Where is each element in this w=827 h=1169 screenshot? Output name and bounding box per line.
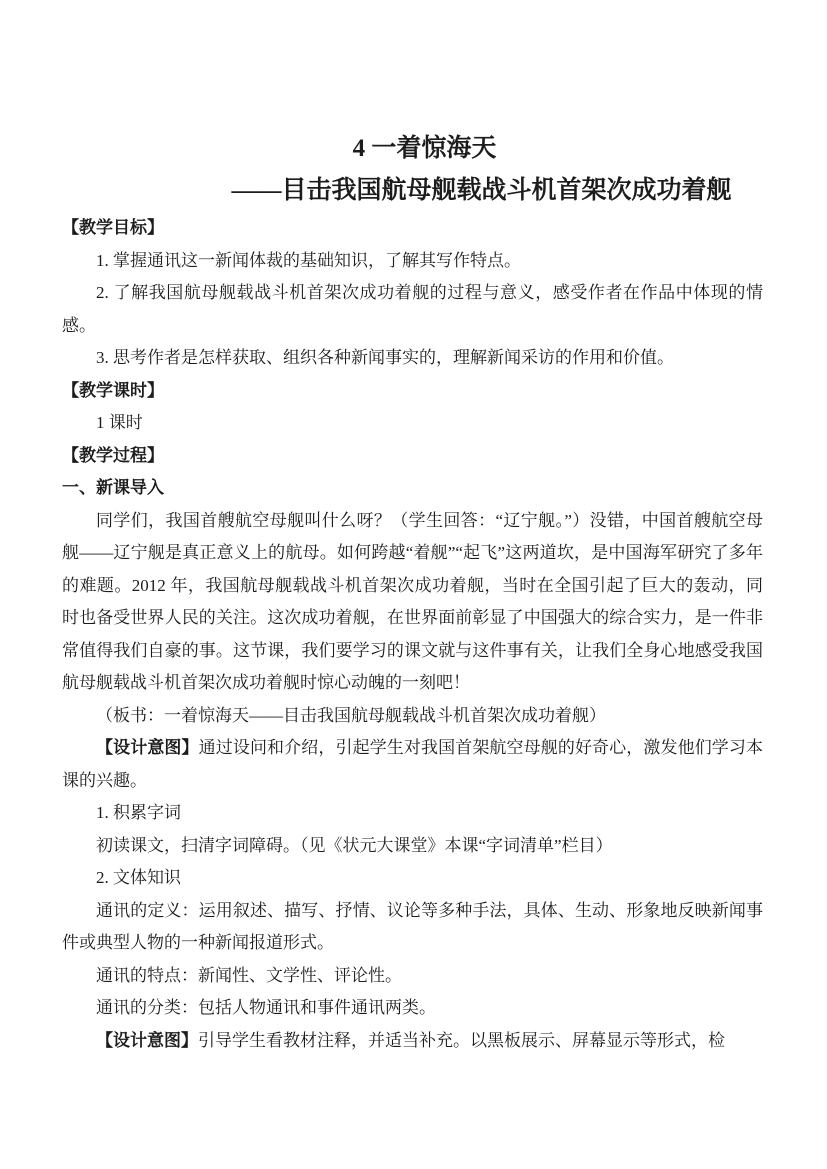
section-heading-teaching-goals: 【教学目标】 [62, 212, 763, 245]
teaching-goal-item-1: 1. 掌握通讯这一新闻体裁的基础知识，了解其写作特点。 [62, 245, 763, 278]
document-subtitle: ——目击我国航母舰载战斗机首架次成功着舰 [62, 170, 763, 212]
section-heading-teaching-process: 【教学过程】 [62, 440, 763, 473]
document-page: 4 一着惊海天 ——目击我国航母舰载战斗机首架次成功着舰 【教学目标】 1. 掌… [0, 0, 827, 1169]
document-body: 【教学目标】 1. 掌握通讯这一新闻体裁的基础知识，了解其写作特点。 2. 了解… [62, 212, 763, 1057]
teaching-goal-item-3: 3. 思考作者是怎样获取、组织各种新闻事实的，理解新闻采访的作用和价值。 [62, 342, 763, 375]
design-intent-note-1: 【设计意图】通过设问和介绍，引起学生对我国首架航空母舰的好奇心，激发他们学习本课… [62, 732, 763, 797]
lesson-intro-paragraph: 同学们，我国首艘航空母舰叫什么呀？（学生回答：“辽宁舰。”）没错，中国首艘航空母… [62, 505, 763, 700]
genre-features-paragraph: 通讯的特点：新闻性、文学性、评论性。 [62, 960, 763, 993]
genre-knowledge-heading: 2. 文体知识 [62, 862, 763, 895]
design-intent-2-label: 【设计意图】 [96, 1031, 198, 1050]
document-title: 4 一着惊海天 [62, 128, 763, 170]
design-intent-1-label: 【设计意图】 [96, 738, 199, 757]
board-writing-note: （板书：一着惊海天——目击我国航母舰载战斗机首架次成功着舰） [62, 700, 763, 733]
genre-types-paragraph: 通讯的分类：包括人物通讯和事件通讯两类。 [62, 992, 763, 1025]
design-intent-note-2: 【设计意图】引导学生看教材注释，并适当补充。以黑板展示、屏幕显示等形式，检 [62, 1025, 763, 1058]
teaching-period-value: 1 课时 [62, 407, 763, 440]
design-intent-2-text: 引导学生看教材注释，并适当补充。以黑板展示、屏幕显示等形式，检 [198, 1031, 725, 1050]
section-heading-teaching-period: 【教学课时】 [62, 375, 763, 408]
teaching-goal-item-2: 2. 了解我国航母舰载战斗机首架次成功着舰的过程与意义，感受作者在作品中体现的情… [62, 277, 763, 342]
subsection-heading-lesson-intro: 一、新课导入 [62, 472, 763, 505]
vocab-accumulation-heading: 1. 积累字词 [62, 797, 763, 830]
vocab-accumulation-text: 初读课文，扫清字词障碍。（见《状元大课堂》本课“字词清单”栏目） [62, 830, 763, 863]
genre-definition-paragraph: 通讯的定义：运用叙述、描写、抒情、议论等多种手法，具体、生动、形象地反映新闻事件… [62, 895, 763, 960]
